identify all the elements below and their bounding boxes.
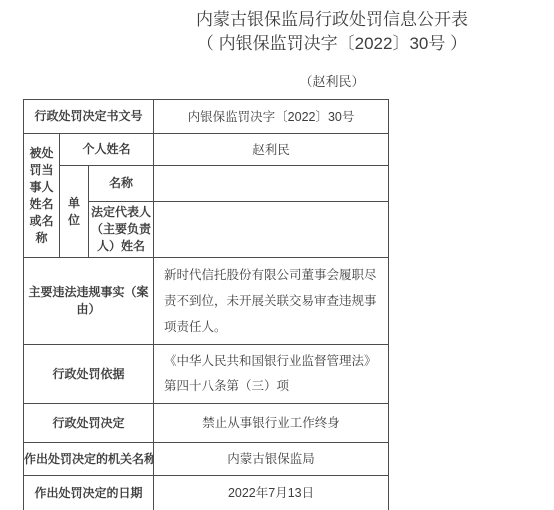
- basis-value: 《中华人民共和国银行业监督管理法》第四十八条第（三）项: [154, 345, 389, 404]
- table-row: 作出处罚决定的机关名称 内蒙古银保监局: [24, 443, 389, 476]
- authority-value: 内蒙古银保监局: [154, 443, 389, 476]
- date-label: 作出处罚决定的日期: [24, 476, 154, 510]
- org-group-label: 单位: [60, 166, 89, 258]
- page-header: 内蒙古银保监局行政处罚信息公开表 （ 内银保监罚决字〔2022〕30号 ） （赵…: [0, 8, 554, 91]
- table-row: 单位 名称: [24, 166, 389, 202]
- subject-name-note: （赵利民）: [110, 73, 554, 91]
- legal-rep-label: 法定代表人（主要负责人）姓名: [89, 202, 154, 258]
- doc-number-label: 行政处罚决定书文号: [24, 100, 154, 134]
- page-title: 内蒙古银保监局行政处罚信息公开表: [110, 8, 554, 32]
- decision-value: 禁止从事银行业工作终身: [154, 404, 389, 443]
- org-name-label: 名称: [89, 166, 154, 202]
- table-row: 行政处罚决定书文号 内银保监罚决字〔2022〕30号: [24, 100, 389, 134]
- page-subtitle-doc-number: （ 内银保监罚决字〔2022〕30号 ）: [110, 32, 554, 56]
- table-row: 主要违法违规事实（案由） 新时代信托股份有限公司董事会履职尽责不到位，未开展关联…: [24, 258, 389, 345]
- table-row: 被处罚当事人姓名或名称 个人姓名 赵利民: [24, 134, 389, 166]
- table-row: 作出处罚决定的日期 2022年7月13日: [24, 476, 389, 510]
- date-value: 2022年7月13日: [154, 476, 389, 510]
- authority-label: 作出处罚决定的机关名称: [24, 443, 154, 476]
- penalty-info-table: 行政处罚决定书文号 内银保监罚决字〔2022〕30号 被处罚当事人姓名或名称 个…: [23, 99, 389, 510]
- facts-label: 主要违法违规事实（案由）: [24, 258, 154, 345]
- personal-name-value: 赵利民: [154, 134, 389, 166]
- facts-value: 新时代信托股份有限公司董事会履职尽责不到位，未开展关联交易审查违规事项责任人。: [154, 258, 389, 345]
- table-row: 行政处罚依据 《中华人民共和国银行业监督管理法》第四十八条第（三）项: [24, 345, 389, 404]
- legal-rep-value: [154, 202, 389, 258]
- decision-label: 行政处罚决定: [24, 404, 154, 443]
- party-group-label: 被处罚当事人姓名或名称: [24, 134, 60, 258]
- table-row: 行政处罚决定 禁止从事银行业工作终身: [24, 404, 389, 443]
- doc-number-value: 内银保监罚决字〔2022〕30号: [154, 100, 389, 134]
- org-name-value: [154, 166, 389, 202]
- personal-name-label: 个人姓名: [60, 134, 154, 166]
- basis-label: 行政处罚依据: [24, 345, 154, 404]
